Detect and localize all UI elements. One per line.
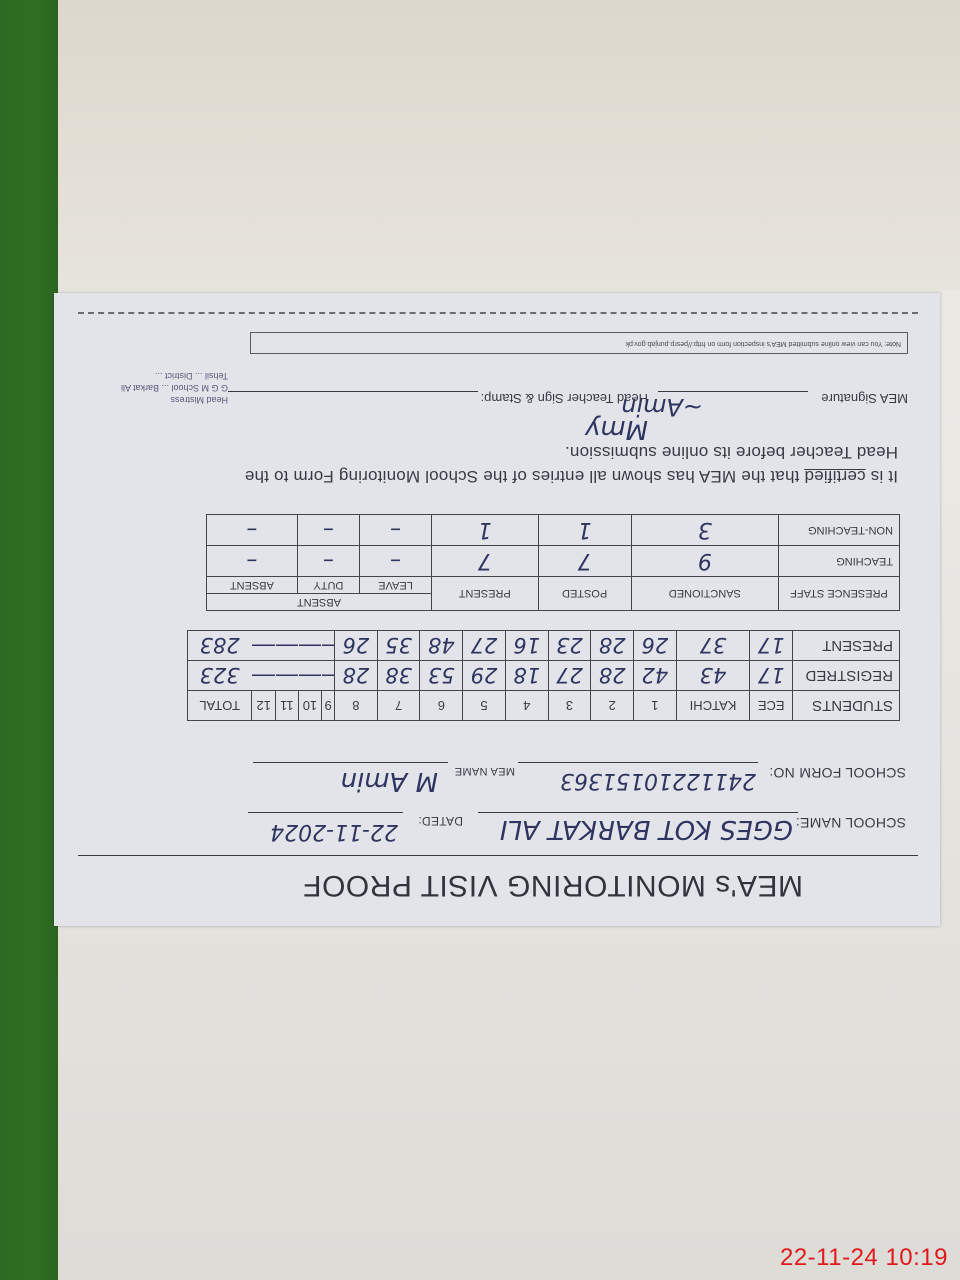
present-header: PRESENT [431, 577, 538, 611]
staff-table: PRESENCE STAFF SANCTIONED POSTED PRESENT… [206, 514, 900, 611]
staff-count-cell: 3 [631, 515, 778, 546]
mea-signature-label: MEA Signature [821, 391, 908, 406]
table-row: REGISTRED 17434228271829533828323 [188, 661, 900, 691]
note-text: Note: You can view online submitted MEA'… [625, 340, 901, 347]
table-row: TEACHING 977––– [207, 546, 900, 577]
cut-line [78, 312, 918, 314]
student-count-cell: 48 [420, 631, 463, 661]
stamp-line: Tehsil ... District ... [78, 370, 228, 382]
school-name-label: SCHOOL NAME: [796, 815, 906, 831]
student-count-cell: 28 [591, 631, 634, 661]
school-name-value: GGES KOT BARKAT ALI [500, 814, 793, 844]
dated-value: 22-11-2024 [270, 819, 398, 844]
student-count-cell: 16 [505, 631, 548, 661]
row-label: NON-TEACHING [779, 515, 900, 546]
student-count-cell: 38 [377, 661, 420, 691]
mea-name-label: MEA NAME [455, 765, 515, 777]
student-count-cell [322, 661, 335, 691]
header-cell: 4 [505, 691, 548, 721]
student-count-cell: 17 [750, 661, 793, 691]
dated-label: DATED: [418, 814, 463, 828]
leave-header: LEAVE [360, 577, 432, 594]
student-count-cell: 27 [463, 631, 506, 661]
stamp-line: G G M School ... Barkat Ali [78, 382, 228, 394]
student-count-cell: 29 [463, 661, 506, 691]
cert-body: that the MEA has shown all entries of th… [245, 443, 898, 486]
header-cell: 3 [548, 691, 591, 721]
school-form-no-value: 24112210151363 [560, 768, 756, 793]
students-header-row: STUDENTS ECE KATCHI 1 2 3 4 5 6 7 8 9 10… [188, 691, 900, 721]
monitoring-form-sheet: MEA's MONITORING VISIT PROOF SCHOOL NAME… [54, 293, 940, 926]
table-row: NON-TEACHING 311––– [207, 515, 900, 546]
staff-count-cell: – [297, 515, 359, 546]
header-cell: 5 [463, 691, 506, 721]
student-count-cell [276, 661, 298, 691]
staff-count-cell: – [207, 515, 298, 546]
student-count-cell: 35 [377, 631, 420, 661]
mea-name-value: M Amin [340, 766, 438, 796]
header-cell: 8 [335, 691, 378, 721]
posted-header: POSTED [538, 577, 631, 611]
school-stamp: Head Mistress G G M School ... Barkat Al… [78, 370, 228, 406]
student-count-cell: 37 [676, 631, 750, 661]
staff-count-cell: 1 [538, 515, 631, 546]
presence-staff-header: PRESENCE STAFF [779, 577, 900, 611]
student-count-cell: 27 [548, 661, 591, 691]
staff-count-cell: 7 [538, 546, 631, 577]
head-teacher-sign-label: Head Teacher Sign & Stamp: [481, 391, 648, 406]
cert-prefix: It is [866, 467, 898, 486]
student-count-cell: 28 [335, 661, 378, 691]
mea-name-underline [253, 762, 448, 763]
student-count-cell: 53 [420, 661, 463, 691]
header-cell: 7 [377, 691, 420, 721]
duty-header: DUTY [297, 577, 359, 594]
head-teacher-signature-scribble: Mmy [585, 414, 648, 444]
header-cell: 6 [420, 691, 463, 721]
title-row: MEA's MONITORING VISIT PROOF [78, 855, 918, 906]
staff-count-cell: 1 [431, 515, 538, 546]
staff-count-cell: 7 [431, 546, 538, 577]
stamp-line: Head Mistress [78, 394, 228, 406]
student-count-cell: 28 [591, 661, 634, 691]
student-count-cell: 18 [505, 661, 548, 691]
student-count-cell [252, 631, 276, 661]
header-cell: 9 [322, 691, 335, 721]
student-count-cell: 26 [634, 631, 677, 661]
header-cell: KATCHI [676, 691, 750, 721]
table-row: PRESENT 17372628231627483526283 [188, 631, 900, 661]
sanctioned-header: SANCTIONED [631, 577, 778, 611]
header-cell: TOTAL [188, 691, 252, 721]
student-count-cell: 17 [750, 631, 793, 661]
student-count-cell: 26 [335, 631, 378, 661]
students-header-cell: STUDENTS [793, 691, 900, 721]
student-count-cell: 323 [188, 661, 252, 691]
row-label: PRESENT [793, 631, 900, 661]
staff-count-cell: – [297, 546, 359, 577]
student-count-cell: 42 [634, 661, 677, 691]
staff-count-cell: – [360, 515, 432, 546]
cert-underlined: certified [804, 467, 865, 486]
head-teacher-sign-line [228, 391, 478, 392]
absent-group-header: ABSENT [207, 594, 432, 611]
staff-header-row: PRESENCE STAFF SANCTIONED POSTED PRESENT… [207, 594, 900, 611]
form-title: MEA's MONITORING VISIT PROOF [303, 868, 803, 902]
backdrop-shadow [58, 0, 960, 290]
student-count-cell [298, 661, 322, 691]
header-cell: 11 [276, 691, 298, 721]
dated-underline [248, 812, 403, 813]
staff-count-cell: 9 [631, 546, 778, 577]
staff-count-cell: – [207, 546, 298, 577]
student-count-cell [252, 661, 276, 691]
school-name-underline [478, 812, 798, 813]
student-count-cell [298, 631, 322, 661]
school-form-no-label: SCHOOL FORM NO: [769, 765, 906, 781]
absent-header: ABSENT [207, 577, 298, 594]
photo-timestamp: 22-11-24 10:19 [780, 1244, 948, 1272]
green-background-strip [0, 0, 58, 1280]
form-no-underline [518, 762, 758, 763]
student-count-cell: 43 [676, 661, 750, 691]
row-label: TEACHING [779, 546, 900, 577]
header-cell: 12 [252, 691, 276, 721]
student-count-cell: 283 [188, 631, 252, 661]
certification-text: It is certified that the MEA has shown a… [218, 440, 898, 488]
student-count-cell: 23 [548, 631, 591, 661]
staff-count-cell: – [360, 546, 432, 577]
header-cell: 1 [634, 691, 677, 721]
students-table: STUDENTS ECE KATCHI 1 2 3 4 5 6 7 8 9 10… [187, 630, 900, 721]
student-count-cell [322, 631, 335, 661]
student-count-cell [276, 631, 298, 661]
note-box: Note: You can view online submitted MEA'… [250, 332, 908, 354]
header-cell: 2 [591, 691, 634, 721]
row-label: REGISTRED [793, 661, 900, 691]
header-cell: ECE [750, 691, 793, 721]
mea-signature-line [658, 391, 808, 392]
header-cell: 10 [298, 691, 322, 721]
